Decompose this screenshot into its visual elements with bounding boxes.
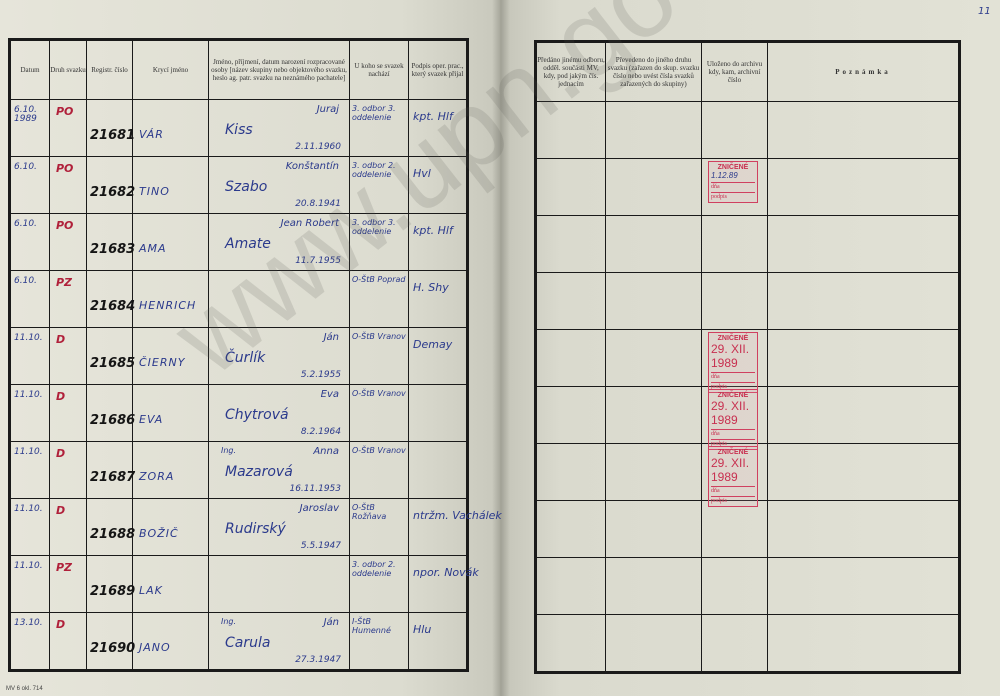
- table-row: 6.10. PO 21682 TINO Konštantín Szabo 20.…: [10, 157, 468, 214]
- cell-note: [768, 330, 960, 387]
- stamp-day-label: dňa: [711, 429, 755, 437]
- cover-name-text: ČIERNY: [139, 356, 185, 369]
- header-row: Předáno jinému odboru, odděl. součásti M…: [536, 42, 960, 102]
- cell-archived: [702, 216, 768, 273]
- cell-cover-name: JANO: [133, 613, 209, 671]
- cell-archived: [702, 615, 768, 673]
- cell-transferred: [536, 558, 606, 615]
- person-last-name: Mazarová: [225, 464, 293, 480]
- person-birth-date: 5.2.1955: [301, 370, 341, 380]
- person-birth-date: 2.11.1960: [295, 142, 341, 152]
- header-file-type: Druh svazku: [50, 40, 87, 100]
- person-first-name: Ján: [324, 332, 339, 343]
- cell-file-type: D: [50, 499, 87, 556]
- person-first-name: Jean Robert: [281, 218, 339, 229]
- stamp-day-label: dňa: [711, 182, 755, 190]
- cell-cover-name: ČIERNY: [133, 328, 209, 385]
- cell-transferred: [536, 615, 606, 673]
- form-code: MV 6 okl. 714: [6, 686, 43, 692]
- cell-file-type: D: [50, 442, 87, 499]
- cell-cover-name: EVA: [133, 385, 209, 442]
- cell-transferred: [536, 273, 606, 330]
- table-row: ZNIČENÉ29. XII. 1989dňapodpis: [536, 330, 960, 387]
- cell-location: 3. odbor 3. oddelenie: [350, 214, 409, 271]
- cell-cover-name: ZORA: [133, 442, 209, 499]
- location-text: 3. odbor 2. oddelenie: [352, 161, 408, 179]
- cell-location: 3. odbor 2. oddelenie: [350, 157, 409, 214]
- stamp-title: ZNIČENÉ: [711, 392, 755, 399]
- date-text: 6.10.: [14, 163, 42, 172]
- cell-person: Konštantín Szabo 20.8.1941: [209, 157, 350, 214]
- registration-number-text: 21681: [90, 128, 135, 143]
- cell-registration-number: 21688: [87, 499, 133, 556]
- cell-converted: [606, 330, 702, 387]
- cell-transferred: [536, 216, 606, 273]
- cell-signature: Demay: [409, 328, 468, 385]
- cell-note: [768, 159, 960, 216]
- cell-cover-name: AMA: [133, 214, 209, 271]
- cover-name-text: BOŽIČ: [139, 527, 179, 540]
- cell-location: O-ŠtB Vranov: [350, 328, 409, 385]
- location-text: I-ŠtB Humenné: [352, 617, 408, 635]
- cell-cover-name: VÁR: [133, 100, 209, 157]
- register-table-right: Předáno jinému odboru, odděl. součásti M…: [534, 40, 961, 674]
- book-spine: [492, 0, 510, 696]
- stamp-day-label: dňa: [711, 372, 755, 380]
- header-file-location: U koho se svazek nachází: [350, 40, 409, 100]
- cell-person: Eva Chytrová 8.2.1964: [209, 385, 350, 442]
- cell-signature: kpt. Hlf: [409, 214, 468, 271]
- cell-note: [768, 273, 960, 330]
- registration-number-text: 21687: [90, 470, 135, 485]
- registration-number-text: 21688: [90, 527, 135, 542]
- cell-converted: [606, 558, 702, 615]
- cover-name-text: TINO: [139, 185, 170, 198]
- location-text: O-ŠtB Vranov: [352, 332, 408, 341]
- cell-converted: [606, 615, 702, 673]
- cell-person: [209, 271, 350, 328]
- registration-number-text: 21689: [90, 584, 135, 599]
- header-person-details: Jméno, příjmení, datum narození rozpraco…: [209, 40, 350, 100]
- cell-date: 6.10.: [10, 157, 50, 214]
- stamp-title: ZNIČENÉ: [711, 335, 755, 342]
- table-row: 6.10. PZ 21684 HENRICH O-ŠtB Poprad H. S…: [10, 271, 468, 328]
- table-row: 13.10. D 21690 JANO Ing. Ján Carula 27.3…: [10, 613, 468, 671]
- person-birth-date: 20.8.1941: [295, 199, 341, 209]
- location-text: O-ŠtB Poprad: [352, 275, 408, 284]
- person-first-name: Ján: [324, 617, 339, 628]
- cell-location: I-ŠtB Humenné: [350, 613, 409, 671]
- cell-location: 3. odbor 3. oddelenie: [350, 100, 409, 157]
- signature-text: npor. Novák: [413, 566, 479, 579]
- person-first-name: Konštantín: [286, 161, 339, 172]
- date-text: 13.10.: [14, 619, 42, 628]
- destroyed-stamp: ZNIČENÉ29. XII. 1989dňapodpis: [708, 389, 758, 450]
- cell-converted: [606, 159, 702, 216]
- cell-registration-number: 21684: [87, 271, 133, 328]
- person-first-name: Juraj: [317, 104, 339, 115]
- file-type-text: D: [56, 504, 65, 517]
- cover-name-text: VÁR: [139, 128, 164, 141]
- cell-date: 11.10.: [10, 442, 50, 499]
- header-registration-number: Registr. číslo: [87, 40, 133, 100]
- signature-text: kpt. Hlf: [413, 110, 453, 123]
- table-row: [536, 501, 960, 558]
- table-row: 11.10. D 21688 BOŽIČ Jaroslav Rudirský 5…: [10, 499, 468, 556]
- cell-file-type: PZ: [50, 556, 87, 613]
- header-transferred-to-dept: Předáno jinému odboru, odděl. součásti M…: [536, 42, 606, 102]
- cell-date: 6.10. 1989: [10, 100, 50, 157]
- page-number: 11: [978, 6, 991, 17]
- location-text: O-ŠtB Vranov: [352, 389, 408, 398]
- destroyed-stamp: ZNIČENÉ29. XII. 1989dňapodpis: [708, 332, 758, 393]
- person-first-name: Eva: [321, 389, 339, 400]
- cell-signature: npor. Novák: [409, 556, 468, 613]
- date-text: 11.10.: [14, 334, 42, 343]
- location-text: O-ŠtB Vranov: [352, 446, 408, 455]
- cell-file-type: D: [50, 385, 87, 442]
- cell-cover-name: HENRICH: [133, 271, 209, 328]
- cell-location: O-ŠtB Rožňava: [350, 499, 409, 556]
- cell-person: Ing. Ján Carula 27.3.1947: [209, 613, 350, 671]
- location-text: 3. odbor 3. oddelenie: [352, 218, 408, 236]
- cell-registration-number: 21687: [87, 442, 133, 499]
- header-note: Poznámka: [768, 42, 960, 102]
- cell-note: [768, 444, 960, 501]
- cell-archived: [702, 558, 768, 615]
- cell-archived: ZNIČENÉ1.12.89dňapodpis: [702, 159, 768, 216]
- location-text: O-ŠtB Rožňava: [352, 503, 408, 521]
- header-archived: Uloženo do archivu kdy, kam, archivní čí…: [702, 42, 768, 102]
- cell-cover-name: BOŽIČ: [133, 499, 209, 556]
- cell-archived: ZNIČENÉ29. XII. 1989dňapodpis: [702, 330, 768, 387]
- file-type-text: PO: [56, 162, 73, 175]
- cell-person: [209, 556, 350, 613]
- table-row: [536, 615, 960, 673]
- table-row: 11.10. PZ 21689 LAK 3. odbor 2. oddeleni…: [10, 556, 468, 613]
- table-row: 6.10. 1989 PO 21681 VÁR Juraj Kiss 2.11.…: [10, 100, 468, 157]
- header-converted-file-type: Převedeno do jiného druhu svazku (zařaze…: [606, 42, 702, 102]
- cell-cover-name: TINO: [133, 157, 209, 214]
- table-row: [536, 273, 960, 330]
- cell-signature: Hvl: [409, 157, 468, 214]
- table-row: ZNIČENÉ29. XII. 1989dňapodpis: [536, 387, 960, 444]
- file-type-text: PZ: [56, 561, 72, 574]
- registration-number-text: 21690: [90, 641, 135, 656]
- signature-text: ntržm. Vachálek: [413, 509, 502, 522]
- registration-number-text: 21686: [90, 413, 135, 428]
- cover-name-text: EVA: [139, 413, 163, 426]
- file-type-text: D: [56, 333, 65, 346]
- header-cover-name: Krycí jméno: [133, 40, 209, 100]
- person-birth-date: 16.11.1953: [289, 484, 341, 494]
- person-birth-date: 27.3.1947: [295, 655, 341, 665]
- cell-signature: ntržm. Vachálek: [409, 499, 468, 556]
- cell-date: 11.10.: [10, 328, 50, 385]
- cell-date: 11.10.: [10, 499, 50, 556]
- cell-archived: [702, 102, 768, 159]
- signature-text: Hlu: [413, 623, 431, 636]
- registration-number-text: 21683: [90, 242, 135, 257]
- date-text: 11.10.: [14, 505, 42, 514]
- file-type-text: PZ: [56, 276, 72, 289]
- cell-converted: [606, 216, 702, 273]
- cell-note: [768, 558, 960, 615]
- location-text: 3. odbor 2. oddelenie: [352, 560, 408, 578]
- cell-person: Ján Čurlík 5.2.1955: [209, 328, 350, 385]
- cell-registration-number: 21683: [87, 214, 133, 271]
- registration-number-text: 21684: [90, 299, 135, 314]
- person-first-name: Jaroslav: [300, 503, 339, 514]
- cell-transferred: [536, 501, 606, 558]
- cell-converted: [606, 102, 702, 159]
- file-type-text: PO: [56, 105, 73, 118]
- cover-name-text: JANO: [139, 641, 171, 654]
- cover-name-text: HENRICH: [139, 299, 196, 312]
- cell-location: O-ŠtB Poprad: [350, 271, 409, 328]
- cell-registration-number: 21685: [87, 328, 133, 385]
- cell-date: 11.10.: [10, 556, 50, 613]
- cell-file-type: D: [50, 328, 87, 385]
- person-last-name: Kiss: [225, 122, 253, 138]
- table-row: ZNIČENÉ1.12.89dňapodpis: [536, 159, 960, 216]
- cell-date: 11.10.: [10, 385, 50, 442]
- cell-transferred: [536, 330, 606, 387]
- person-last-name: Čurlík: [225, 350, 265, 366]
- cell-archived: [702, 273, 768, 330]
- cell-note: [768, 387, 960, 444]
- cell-signature: kpt. Hlf: [409, 100, 468, 157]
- file-type-text: PO: [56, 219, 73, 232]
- cell-registration-number: 21682: [87, 157, 133, 214]
- cover-name-text: ZORA: [139, 470, 174, 483]
- header-date: Datum: [10, 40, 50, 100]
- person-last-name: Amate: [225, 236, 271, 252]
- cell-file-type: PZ: [50, 271, 87, 328]
- register-table-left: Datum Druh svazku Registr. číslo Krycí j…: [8, 38, 469, 672]
- person-title: Ing.: [221, 617, 236, 626]
- stamp-date: 1.12.89: [711, 171, 755, 180]
- destroyed-stamp: ZNIČENÉ1.12.89dňapodpis: [708, 161, 758, 203]
- date-text: 11.10.: [14, 391, 42, 400]
- stamp-date: 29. XII. 1989: [711, 399, 755, 427]
- cell-person: Juraj Kiss 2.11.1960: [209, 100, 350, 157]
- table-row: 11.10. D 21686 EVA Eva Chytrová 8.2.1964…: [10, 385, 468, 442]
- person-birth-date: 11.7.1955: [295, 256, 341, 266]
- cell-location: O-ŠtB Vranov: [350, 385, 409, 442]
- file-type-text: D: [56, 447, 65, 460]
- cell-file-type: D: [50, 613, 87, 671]
- registration-number-text: 21682: [90, 185, 135, 200]
- cell-person: Jaroslav Rudirský 5.5.1947: [209, 499, 350, 556]
- cell-transferred: [536, 102, 606, 159]
- cell-note: [768, 501, 960, 558]
- destroyed-stamp: ZNIČENÉ29. XII. 1989dňapodpis: [708, 446, 758, 507]
- date-text: 6.10.: [14, 277, 42, 286]
- cell-person: Jean Robert Amate 11.7.1955: [209, 214, 350, 271]
- cell-converted: [606, 501, 702, 558]
- date-text: 6.10. 1989: [14, 106, 42, 124]
- date-text: 11.10.: [14, 448, 42, 457]
- cell-converted: [606, 273, 702, 330]
- table-row: [536, 558, 960, 615]
- stamp-sign-label: podpis: [711, 192, 755, 200]
- cell-note: [768, 216, 960, 273]
- cell-file-type: PO: [50, 100, 87, 157]
- cell-date: 6.10.: [10, 214, 50, 271]
- stamp-title: ZNIČENÉ: [711, 449, 755, 456]
- cell-registration-number: 21686: [87, 385, 133, 442]
- file-type-text: D: [56, 390, 65, 403]
- cell-file-type: PO: [50, 214, 87, 271]
- person-birth-date: 8.2.1964: [301, 427, 341, 437]
- file-type-text: D: [56, 618, 65, 631]
- cell-registration-number: 21690: [87, 613, 133, 671]
- cell-converted: [606, 444, 702, 501]
- signature-text: kpt. Hlf: [413, 224, 453, 237]
- table-row: 11.10. D 21687 ZORA Ing. Anna Mazarová 1…: [10, 442, 468, 499]
- cover-name-text: AMA: [139, 242, 167, 255]
- cell-transferred: [536, 444, 606, 501]
- cell-transferred: [536, 387, 606, 444]
- table-row: ZNIČENÉ29. XII. 1989dňapodpis: [536, 444, 960, 501]
- cover-name-text: LAK: [139, 584, 163, 597]
- cell-location: O-ŠtB Vranov: [350, 442, 409, 499]
- header-officer-signature: Podpis oper. prac., který svazek přijal: [409, 40, 468, 100]
- date-text: 6.10.: [14, 220, 42, 229]
- stamp-date: 29. XII. 1989: [711, 342, 755, 370]
- table-row: 11.10. D 21685 ČIERNY Ján Čurlík 5.2.195…: [10, 328, 468, 385]
- cell-signature: H. Shy: [409, 271, 468, 328]
- cell-archived: ZNIČENÉ29. XII. 1989dňapodpis: [702, 387, 768, 444]
- table-row: [536, 216, 960, 273]
- cell-signature: Hlu: [409, 613, 468, 671]
- signature-text: Hvl: [413, 167, 431, 180]
- location-text: 3. odbor 3. oddelenie: [352, 104, 408, 122]
- cell-signature: [409, 385, 468, 442]
- person-first-name: Anna: [313, 446, 339, 457]
- cell-converted: [606, 387, 702, 444]
- stamp-date: 29. XII. 1989: [711, 456, 755, 484]
- person-title: Ing.: [221, 446, 236, 455]
- cell-person: Ing. Anna Mazarová 16.11.1953: [209, 442, 350, 499]
- signature-text: Demay: [413, 338, 452, 351]
- registration-number-text: 21685: [90, 356, 135, 371]
- table-row: [536, 102, 960, 159]
- stamp-day-label: dňa: [711, 486, 755, 494]
- cell-registration-number: 21689: [87, 556, 133, 613]
- person-last-name: Chytrová: [225, 407, 289, 423]
- person-birth-date: 5.5.1947: [301, 541, 341, 551]
- cell-date: 13.10.: [10, 613, 50, 671]
- cell-signature: [409, 442, 468, 499]
- cell-archived: ZNIČENÉ29. XII. 1989dňapodpis: [702, 444, 768, 501]
- stamp-title: ZNIČENÉ: [711, 164, 755, 171]
- person-last-name: Rudirský: [225, 521, 286, 537]
- cell-note: [768, 615, 960, 673]
- cell-file-type: PO: [50, 157, 87, 214]
- cell-location: 3. odbor 2. oddelenie: [350, 556, 409, 613]
- signature-text: H. Shy: [413, 281, 449, 294]
- cell-registration-number: 21681: [87, 100, 133, 157]
- cell-transferred: [536, 159, 606, 216]
- person-last-name: Carula: [225, 635, 270, 651]
- header-row: Datum Druh svazku Registr. číslo Krycí j…: [10, 40, 468, 100]
- table-row: 6.10. PO 21683 AMA Jean Robert Amate 11.…: [10, 214, 468, 271]
- cell-note: [768, 102, 960, 159]
- date-text: 11.10.: [14, 562, 42, 571]
- cell-archived: [702, 501, 768, 558]
- cell-date: 6.10.: [10, 271, 50, 328]
- cell-cover-name: LAK: [133, 556, 209, 613]
- person-last-name: Szabo: [225, 179, 267, 195]
